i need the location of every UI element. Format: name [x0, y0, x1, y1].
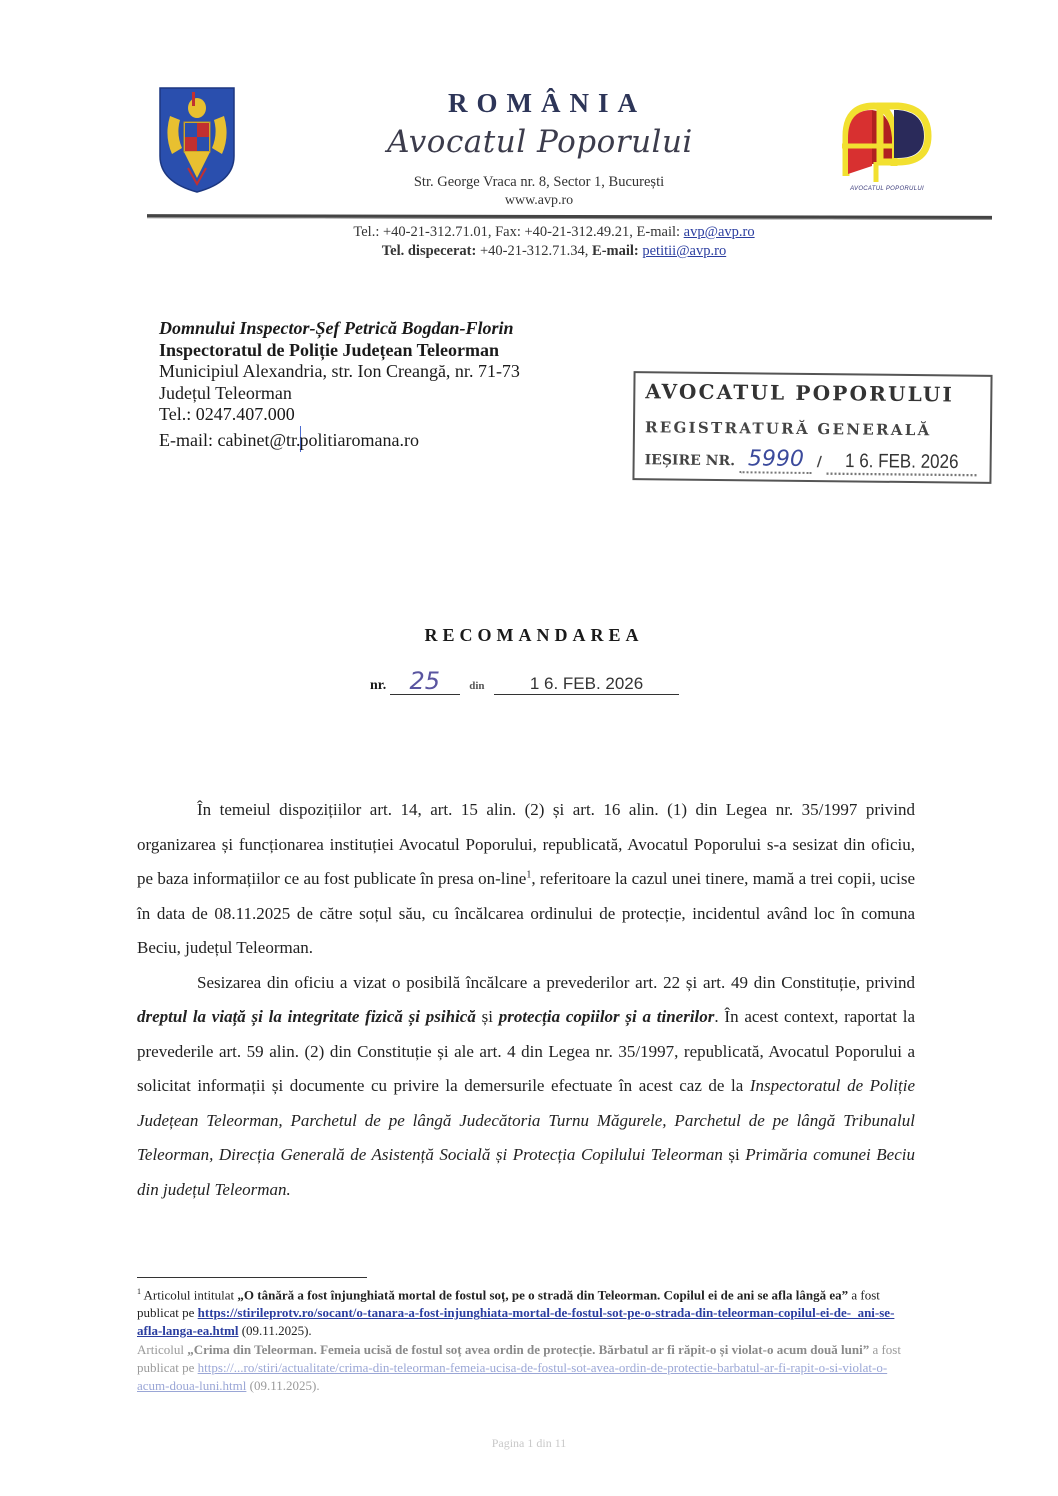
paragraph-1: În temeiul dispozițiilor art. 14, art. 1… [137, 793, 915, 966]
stamp-exit-number: 5990 [740, 446, 812, 474]
dispatch-phone: +40-21-312.71.34, [476, 243, 592, 259]
addressee-county: Județul Teleorman [159, 383, 520, 405]
footnote-2-date: (09.11.2025). [246, 1378, 319, 1393]
addressee-name: Domnului Inspector-Șef Petrică Bogdan-Fl… [159, 318, 520, 340]
footnote-2-title: „Crima din Teleorman. Femeia ucisă de fo… [187, 1342, 869, 1357]
addressee-email-suffix: politiaromana.ro [300, 430, 419, 450]
nr-label: nr. [370, 678, 386, 693]
page-number: Pagina 1 din 11 [0, 1436, 1058, 1451]
stamp-exit-label: IEȘIRE NR. [645, 452, 736, 469]
header-website: www.avp.ro [0, 193, 1058, 209]
avocatul-poporului-ap-logo: AVOCATUL POPORULUI [836, 96, 936, 192]
stamp-date: 1 6. FEB. 2026 [827, 450, 977, 477]
right-to-life-emphasis: dreptul la viață și la integritate fizic… [137, 1007, 476, 1026]
footnote-1-date: (09.11.2025). [238, 1323, 311, 1338]
header-divider [147, 214, 992, 220]
addressee-block: Domnului Inspector-Șef Petrică Bogdan-Fl… [159, 318, 520, 452]
addressee-email: E-mail: cabinet@tr.politiaromana.ro [159, 426, 520, 452]
addressee-phone: Tel.: 0247.407.000 [159, 404, 520, 426]
document-number-line: nr. 25 din 1 6. FEB. 2026 [370, 668, 679, 695]
footnote-1: 1 Articolul intitulat „O tânără a fost î… [137, 1283, 917, 1340]
stamp-exit-line: IEȘIRE NR. 5990 / 1 6. FEB. 2026 [645, 445, 977, 475]
footnote-1-title: „O tânără a fost înjunghiată mortal de f… [237, 1287, 848, 1302]
document-body: În temeiul dispozițiilor art. 14, art. 1… [137, 793, 915, 1207]
dispatch-label: Tel. dispecerat: [382, 243, 477, 259]
addressee-organization: Inspectoratul de Poliție Județean Teleor… [159, 340, 520, 362]
footnote-1-prefix: Articolul intitulat [141, 1287, 237, 1302]
contact-email-link[interactable]: avp@avp.ro [684, 224, 755, 240]
paragraph-2-text-g: și [723, 1145, 745, 1164]
paragraph-2-text-c: și [476, 1007, 499, 1026]
footnotes: 1 Articolul intitulat „O tânără a fost î… [137, 1283, 917, 1396]
stamp-separator: / [817, 454, 822, 470]
footnote-2-prefix: Articolul [137, 1342, 187, 1357]
footnote-divider [137, 1277, 367, 1278]
din-label: din [469, 680, 484, 692]
document-number: 25 [390, 668, 460, 695]
stamp-registry: REGISTRATURĂ GENERALĂ [645, 418, 932, 439]
header-contact-line: Tel.: +40-21-312.71.01, Fax: +40-21-312.… [0, 224, 1058, 241]
petitions-email-label: E-mail: [592, 243, 639, 259]
addressee-address: Municipiul Alexandria, str. Ion Creangă,… [159, 361, 520, 383]
registry-stamp: AVOCATUL POPORULUI REGISTRATURĂ GENERALĂ… [632, 371, 992, 484]
paragraph-2-text-a: Sesizarea din oficiu a vizat o posibilă … [197, 973, 915, 992]
header-dispatch-line: Tel. dispecerat: +40-21-312.71.34, E-mai… [0, 243, 1058, 260]
ap-logo-caption: AVOCATUL POPORULUI [838, 186, 936, 192]
footnote-2: Articolul „Crima din Teleorman. Femeia u… [137, 1341, 917, 1395]
document-date: 1 6. FEB. 2026 [494, 674, 679, 695]
paragraph-2: Sesizarea din oficiu a vizat o posibilă … [137, 966, 915, 1208]
child-protection-emphasis: protecția copiilor și a tinerilor [499, 1007, 715, 1026]
document-title: RECOMANDAREA [0, 625, 1058, 646]
addressee-email-prefix: E-mail: cabinet@tr. [159, 430, 301, 450]
petitions-email-link[interactable]: petitii@avp.ro [642, 243, 726, 259]
contact-phone-fax: Tel.: +40-21-312.71.01, Fax: +40-21-312.… [353, 224, 683, 240]
stamp-institution: AVOCATUL POPORULUI [645, 379, 954, 406]
